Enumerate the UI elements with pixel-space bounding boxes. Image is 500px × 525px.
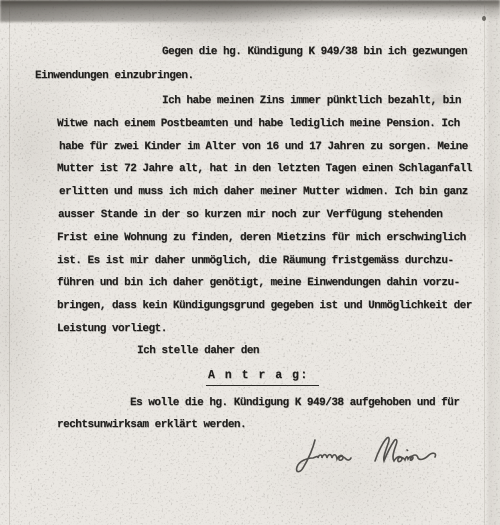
text-line: Witwe nach einem Postbeamten und habe le…: [57, 118, 460, 130]
text-line: Gegen die hg. Kündigung K 949/38 bin ich…: [162, 46, 467, 58]
signature-handwriting: [280, 428, 465, 483]
antrag-heading: A n t r a g:: [206, 369, 319, 386]
text-line: Ich habe meinen Zins immer pünktlich bez…: [162, 95, 461, 107]
text-line: Ich stelle daher den: [137, 345, 259, 357]
antrag-heading-text: A n t r a g:: [206, 369, 319, 386]
text-line: bringen, dass kein Kündigungsgrund gegeb…: [57, 300, 472, 312]
text-line: Es wolle die hg. Kündigung K 949/38 aufg…: [130, 397, 459, 409]
scan-top-edge-shadow: [0, 0, 500, 22]
text-line: habe für zwei Kinder im Alter von 16 und…: [59, 141, 468, 153]
scan-right-edge: [484, 0, 500, 525]
text-line: Einwendungen einzubringen.: [35, 70, 194, 82]
text-line: rechtsunwirksam erklärt werden.: [57, 419, 246, 431]
text-line: Leistung vorliegt.: [57, 323, 167, 335]
text-line: ausser Stande in der so kurzen mir noch …: [58, 209, 442, 221]
text-line: Mutter ist 72 Jahre alt, hat in den letz…: [57, 163, 472, 175]
scan-left-line: [9, 0, 10, 525]
text-line: führen und bin ich daher genötigt, meine…: [57, 277, 460, 289]
text-line: Frist eine Wohnung zu finden, deren Miet…: [57, 232, 466, 244]
text-line: ist. Es ist mir daher unmöglich, die Räu…: [57, 255, 454, 267]
ink-speck: [482, 16, 486, 21]
scanned-letter-page: Gegen die hg. Kündigung K 949/38 bin ich…: [0, 0, 500, 525]
text-line: erlitten und muss ich mich daher meiner …: [59, 186, 468, 198]
